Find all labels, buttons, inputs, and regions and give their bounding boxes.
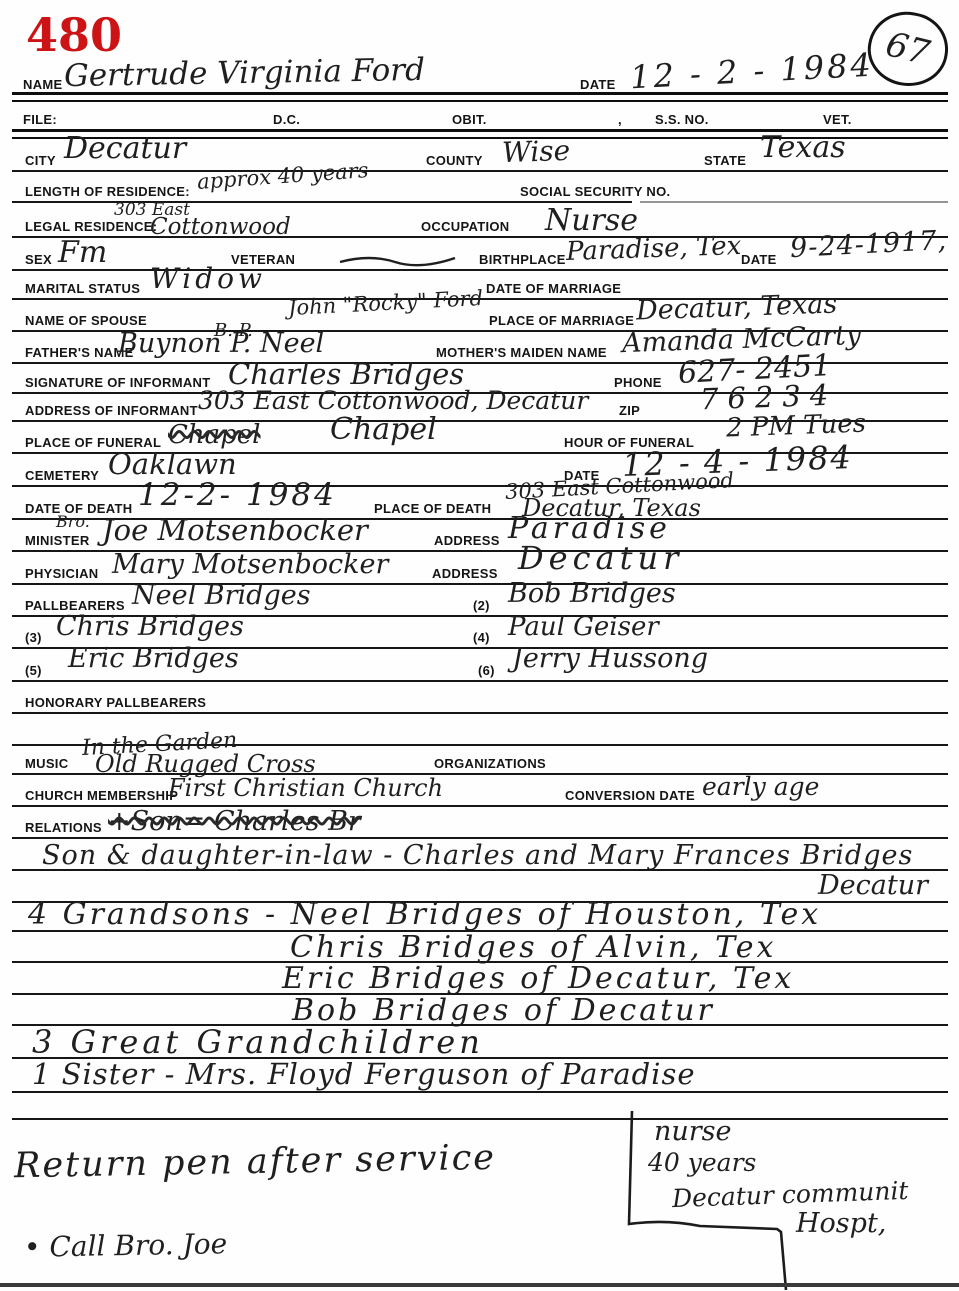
zip-label: ZIP	[619, 403, 640, 418]
rule-line	[640, 201, 948, 203]
state-value: Texas	[760, 133, 846, 163]
rule-line	[12, 680, 948, 682]
place-of-marriage-value: Decatur, Texas	[636, 290, 838, 324]
relations-label: RELATIONS	[25, 820, 102, 835]
funeral-record-scan: 480 67 NAME Gertrude Virginia Ford DATE …	[0, 0, 959, 1291]
length-of-residence-value: approx 40 years	[196, 160, 369, 193]
church-membership-label: CHURCH MEMBERSHIP	[25, 788, 178, 803]
marital-status-value: Widow	[150, 265, 266, 293]
physician-address-label: ADDRESS	[432, 566, 498, 581]
length-of-residence-label: LENGTH OF RESIDENCE:	[25, 184, 190, 199]
rule-line	[12, 837, 948, 839]
place-of-death-label: PLACE OF DEATH	[374, 501, 491, 516]
obit-label: OBIT.	[452, 112, 487, 127]
pallbearer3-label: (3)	[25, 630, 42, 645]
social-security-label: SOCIAL SECURITY NO.	[520, 184, 670, 199]
scan-edge-line	[0, 1283, 959, 1287]
relations-value-struck: +Son= Charles Br	[108, 808, 361, 835]
conversion-date-label: CONVERSION DATE	[565, 788, 695, 803]
physician-label: PHYSICIAN	[25, 566, 99, 581]
phone-label: PHONE	[614, 375, 662, 390]
record-date-value: 12 - 2 - 1984	[629, 49, 874, 94]
page-number-circle: 67	[862, 6, 954, 93]
birthplace-label: BIRTHPLACE	[479, 252, 566, 267]
state-label: STATE	[704, 153, 746, 168]
relations-line-bob: Bob Bridges of Decatur	[292, 996, 715, 1026]
pallbearer2-label: (2)	[473, 598, 490, 613]
ssno-label: S.S. NO.	[655, 112, 709, 127]
rule-line	[12, 92, 948, 102]
physician-address-value: Decatur	[518, 542, 683, 574]
sex-value: Fm	[58, 238, 107, 268]
county-label: COUNTY	[426, 153, 483, 168]
city-value: Decatur	[64, 134, 186, 164]
pallbearer4-label: (4)	[473, 630, 490, 645]
note-return-pen: Return pen after service	[14, 1141, 497, 1184]
rule-line	[12, 712, 948, 714]
place-of-funeral-struck: Chapel	[168, 422, 261, 448]
name-of-spouse-label: NAME OF SPOUSE	[25, 313, 147, 328]
side-note-nurse: nurse	[654, 1118, 732, 1145]
minister-label: MINISTER	[25, 533, 90, 548]
note-call-bro-joe: • Call Bro. Joe	[24, 1230, 228, 1262]
signature-of-informant-label: SIGNATURE OF INFORMANT	[25, 375, 210, 390]
pallbearer6-value: Jerry Hussong	[512, 645, 708, 672]
cemetery-label: CEMETERY	[25, 468, 99, 483]
legal-residence-label: LEGAL RESIDENCE:	[25, 219, 157, 234]
side-note-hospital-2: Hospt,	[796, 1210, 886, 1237]
city-label: CITY	[25, 153, 56, 168]
conversion-date-value: early age	[702, 774, 819, 799]
birthplace-value: Paradise, Tex	[566, 233, 742, 265]
minister-address-label: ADDRESS	[434, 533, 500, 548]
side-note-years: 40 years	[648, 1150, 756, 1175]
relations-line-grandsons: 4 Grandsons - Neel Bridges of Houston, T…	[28, 900, 821, 930]
pallbearer1-value: Neel Bridges	[132, 582, 311, 609]
name-value: Gertrude Virginia Ford	[64, 55, 425, 92]
name-of-spouse-value: John "Rocky" Ford	[288, 288, 484, 319]
stray-comma: ,	[618, 112, 622, 127]
pallbearer5-value: Eric Bridges	[68, 645, 239, 672]
side-note-hospital-1: Decatur communit	[672, 1178, 909, 1211]
music-label: MUSIC	[25, 756, 68, 771]
occupation-value: Nurse	[545, 206, 638, 236]
minister-above: Bro.	[56, 514, 90, 530]
relations-line-son: Son & daughter-in-law - Charles and Mary…	[42, 842, 913, 869]
organizations-label: ORGANIZATIONS	[434, 756, 546, 771]
relations-line-eric: Eric Bridges of Decatur, Tex	[282, 964, 794, 994]
honorary-pallbearers-label: HONORARY PALLBEARERS	[25, 695, 206, 710]
church-membership-value: First Christian Church	[168, 776, 443, 800]
rule-line	[12, 201, 632, 203]
name-label: NAME	[23, 77, 62, 92]
page-number: 67	[883, 27, 933, 70]
pallbearer4-value: Paul Geiser	[508, 614, 659, 640]
marital-status-label: MARITAL STATUS	[25, 281, 140, 296]
signature-of-informant-value: Charles Bridges	[228, 360, 464, 389]
record-date-label: DATE	[580, 77, 616, 92]
relations-line-decatur: Decatur	[818, 872, 928, 899]
dc-label: D.C.	[273, 112, 300, 127]
ledger-number: 480	[26, 8, 122, 62]
pallbearer5-label: (5)	[25, 663, 42, 678]
sex-label: SEX	[25, 252, 52, 267]
relations-line-sister: 1 Sister - Mrs. Floyd Ferguson of Paradi…	[32, 1060, 696, 1089]
address-of-informant-label: ADDRESS OF INFORMANT	[25, 403, 198, 418]
minister-value: Joe Motsenbocker	[102, 516, 368, 545]
vet-label: VET.	[823, 112, 852, 127]
hour-of-funeral-value: 2 PM Tues	[726, 411, 867, 442]
address-of-informant-value: 303 East Cottonwood, Decatur	[198, 388, 588, 413]
pallbearer3-value: Chris Bridges	[56, 613, 244, 640]
rule-line	[12, 170, 948, 172]
pallbearer2-value: Bob Bridges	[508, 580, 676, 607]
county-value: Wise	[502, 137, 571, 167]
date-of-marriage-label: DATE OF MARRIAGE	[486, 281, 621, 296]
rule-line	[12, 1091, 948, 1093]
fathers-name-value: Buynon P. Neel	[118, 330, 324, 357]
date-of-death-value: 12-2- 1984	[138, 480, 337, 511]
rule-line	[12, 869, 948, 871]
relations-line-chris: Chris Bridges of Alvin, Tex	[290, 933, 776, 963]
place-of-funeral-value: Chapel	[330, 415, 437, 445]
file-label: FILE:	[23, 112, 57, 127]
cemetery-value: Oaklawn	[108, 450, 237, 479]
relations-line-greatgrandchildren: 3 Great Grandchildren	[32, 1026, 484, 1058]
physician-value: Mary Motsenbocker	[112, 551, 388, 578]
place-of-marriage-label: PLACE OF MARRIAGE	[489, 313, 634, 328]
birth-date-value: 9-24-1917,	[789, 227, 947, 262]
birth-date-label: DATE	[741, 252, 777, 267]
occupation-label: OCCUPATION	[421, 219, 509, 234]
pallbearer6-label: (6)	[478, 663, 495, 678]
rule-line	[12, 1118, 948, 1120]
